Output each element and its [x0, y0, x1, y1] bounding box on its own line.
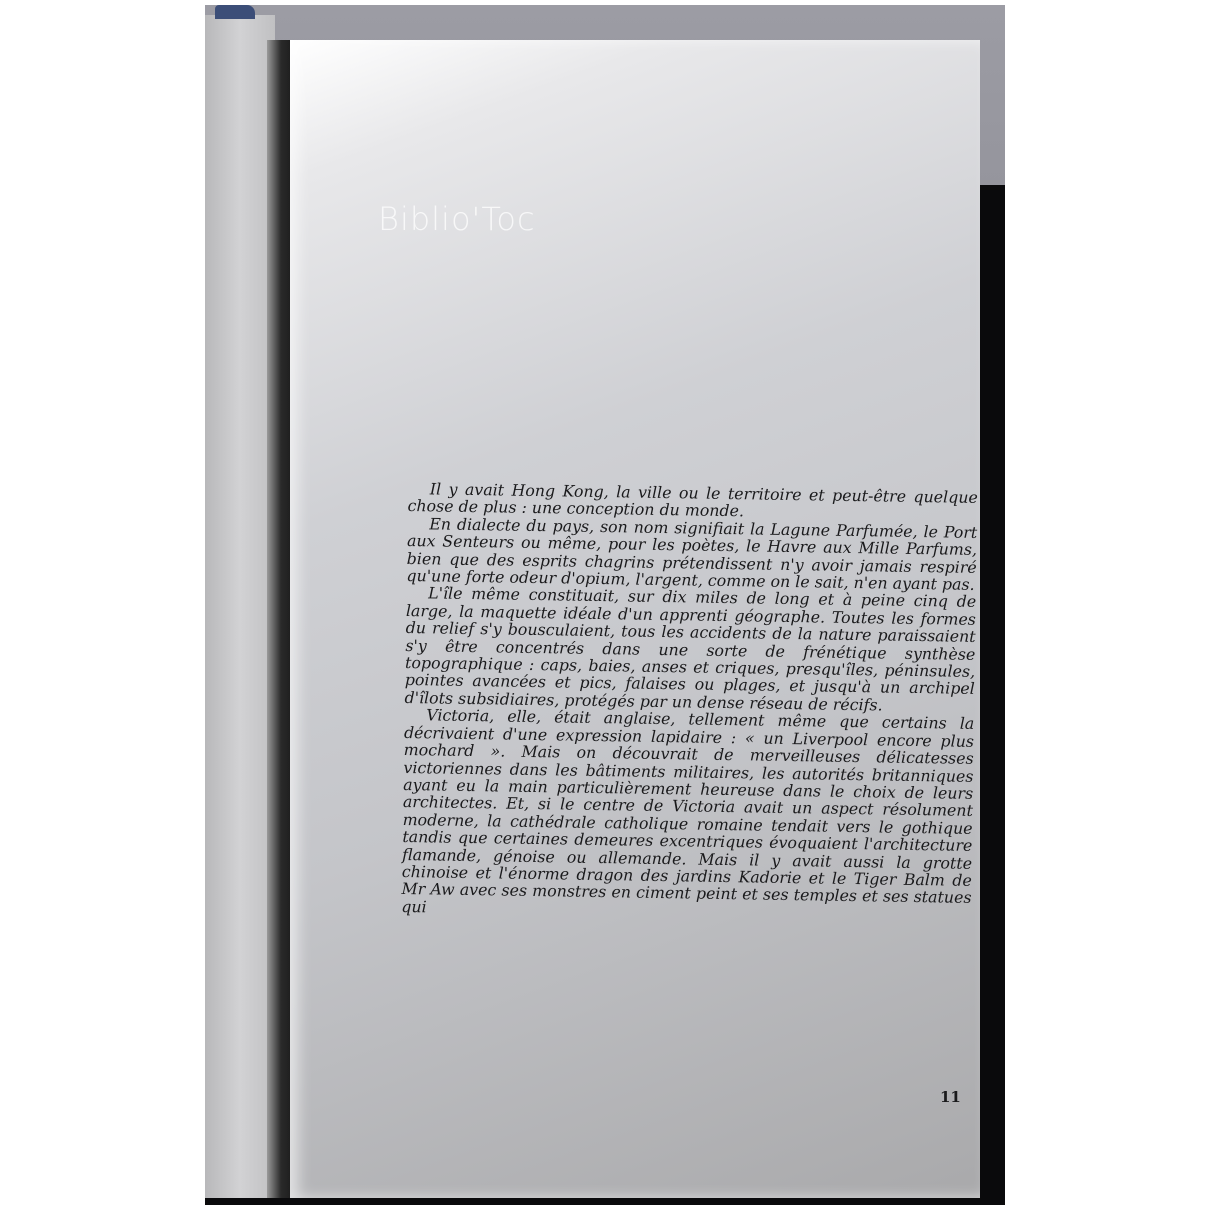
book-page: Biblio'Toc Il y avait Hong Kong, la vill…: [290, 40, 980, 1198]
book-cover-edge: [215, 5, 255, 19]
paragraph: L'île même constituait, sur dix miles de…: [404, 584, 976, 715]
bottom-shadow: [205, 1198, 1005, 1205]
left-page-edge: [205, 15, 275, 1205]
paragraph: Victoria, elle, était anglaise, tellemen…: [401, 706, 974, 924]
page-number: 11: [940, 1088, 961, 1106]
background-shadow: [980, 185, 1005, 1205]
book-photo: Biblio'Toc Il y avait Hong Kong, la vill…: [205, 5, 1005, 1205]
page-text: Il y avait Hong Kong, la ville ou le ter…: [401, 480, 978, 924]
paragraph: En dialecte du pays, son nom signifiait …: [406, 515, 977, 594]
watermark: Biblio'Toc: [378, 200, 536, 238]
